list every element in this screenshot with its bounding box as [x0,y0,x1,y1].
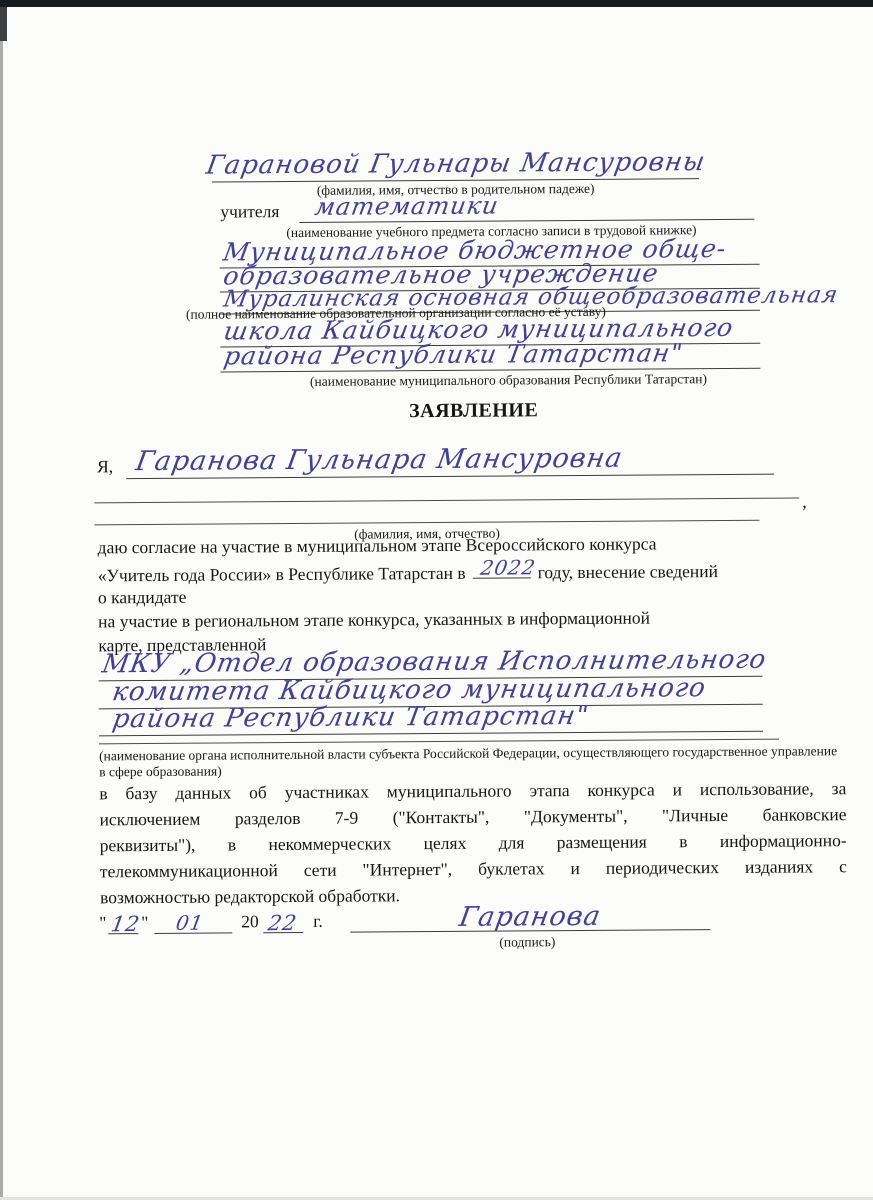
date-close-quote: " [141,910,148,934]
ya-label: Я, [97,454,113,478]
database-line-3: реквизиты"), в некоммерческих целях для … [100,828,847,857]
authority-line-3-field: района Республики Татарстан" [99,704,763,737]
subject-field: математики [299,190,754,223]
authority-caption: (наименование органа исполнительной влас… [99,743,846,780]
signature-caption: (подпись) [447,934,607,951]
district-line-2-handwriting: района Республики Татарстан" [222,338,686,370]
applicant-name-field: Гарановой Гульнары Мансуровны [212,144,699,182]
century-label: 20 [241,909,259,933]
scanned-page: Гарановой Гульнары Мансуровны (фамилия, … [0,0,873,1200]
consent-line-2-before: «Учитель года России» в Республике Татар… [98,563,466,586]
year-suffix-label: г. [313,909,323,933]
day-field: 12 [108,908,138,934]
signature-field: Гаранова [350,896,710,933]
year-short-field: 22 [263,907,303,933]
date-open-quote: " [99,910,106,934]
database-line-1: в базу данных об участниках муниципально… [99,776,846,805]
database-line-4: телекоммуникационной сети "Интернет", бу… [100,854,847,883]
district-caption: (наименование муниципального образования… [278,371,738,390]
month-field: 01 [154,907,232,934]
applicant-name-handwriting: Гарановой Гульнары Мансуровны [204,147,708,181]
signature-handwriting: Гаранова [457,901,603,933]
authority-line-3-handwriting: района Республики Татарстан" [110,701,591,734]
consent-line-2-after: году, внесение сведений [538,561,718,582]
fio-field: Гаранова Гульнара Мансуровна [126,430,774,480]
month-handwriting: 01 [174,911,206,935]
database-line-2: исключением разделов 7-9 ("Контакты", "Д… [99,802,846,831]
fio-blank-line-2 [94,497,799,503]
document-content: Гарановой Гульнары Мансуровны (фамилия, … [0,0,873,1200]
year-field: 2022 [473,557,531,578]
year-handwriting: 2022 [479,555,538,579]
fio-comma: , [802,489,807,513]
district-line-2-field: района Республики Татарстан" [220,343,760,373]
day-handwriting: 12 [109,912,142,936]
fio-handwriting: Гаранова Гульнара Мансуровна [133,443,625,477]
document-title: ЗАЯВЛЕНИЕ [114,397,834,425]
year-short-handwriting: 22 [266,911,299,935]
subject-handwriting: математики [313,192,501,221]
teacher-label: учителя [220,199,279,223]
